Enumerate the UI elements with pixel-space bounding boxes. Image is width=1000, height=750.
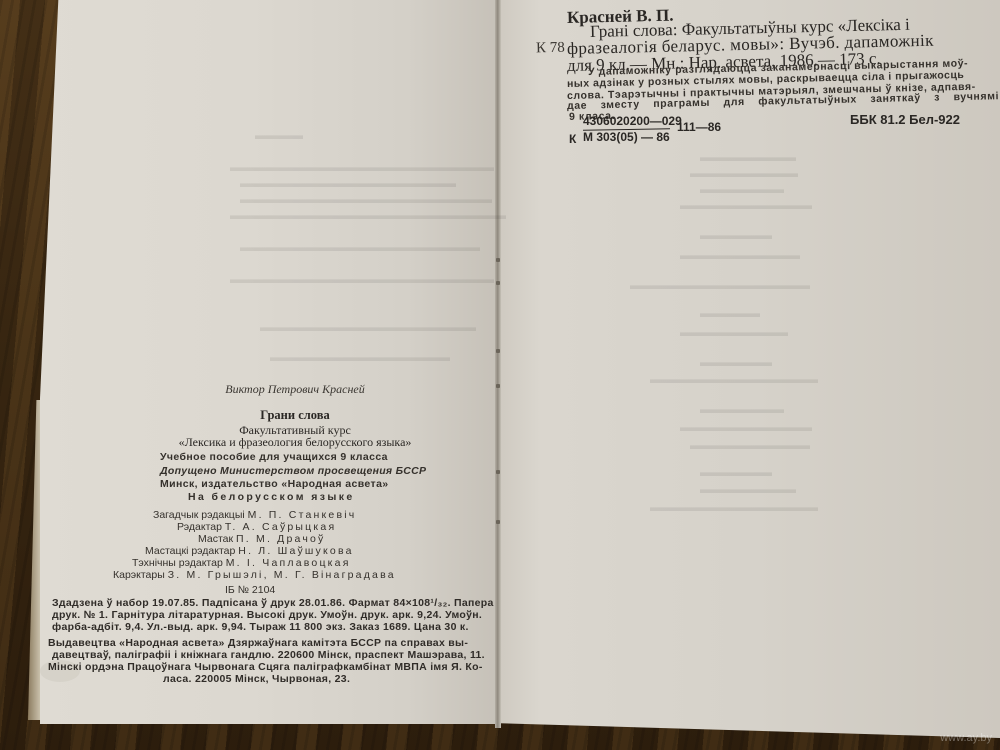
staff-row: Рэдактар Т. А. Саўрыцкая [177, 521, 336, 533]
staff-row: Мастак П. М. Драчоў [198, 533, 326, 545]
colophon-language: На белорусском языке [188, 491, 355, 503]
staff-name: Т. А. Саўрыцкая [225, 521, 336, 533]
binding-stitch [496, 470, 500, 474]
colophon-purpose: Учебное пособие для учащихся 9 класса [160, 451, 388, 463]
binding-stitch [496, 384, 500, 388]
colophon-publisher: Минск, издательство «Народная асвета» [160, 478, 389, 490]
staff-name: М. І. Чаплавоцкая [226, 557, 351, 569]
binding-stitch [496, 349, 500, 353]
bbk-code: ББК 81.2 Бел-922 [850, 112, 960, 127]
staff-row: Мастацкі рэдактар Н. Л. Шаўшукова [145, 545, 354, 557]
publisher-address-line: Мінскі ордэна Працоўнага Чырвонага Сцяга… [48, 661, 483, 673]
staff-role: Карэктары [113, 569, 165, 581]
binding-stitch [496, 281, 500, 285]
staff-role: Рэдактар [177, 521, 222, 533]
staff-name: М. П. Станкевіч [248, 509, 357, 521]
staff-role: Мастак [198, 533, 233, 545]
publisher-address-line: ласа. 220005 Мінск, Чырвоная, 23. [163, 673, 350, 685]
staff-row: Тэхнічны рэдактар М. І. Чаплавоцкая [132, 557, 351, 569]
staff-row: Загадчык рэдакцыі М. П. Станкевіч [153, 509, 356, 521]
classmark: К 78 [536, 40, 565, 58]
publisher-address-line: Выдавецтва «Народная асвета» Дзяржаўнага… [48, 637, 468, 649]
imprint-line: Здадзена ў набор 19.07.85. Падпісана ў д… [52, 597, 494, 609]
book-spine [495, 0, 501, 728]
colophon-approval: Допущено Министерством просвещения БССР [160, 465, 426, 477]
publisher-address-line: давецтваў, паліграфіі і кніжнага гандлю.… [52, 649, 485, 661]
code-prefix: К [569, 132, 576, 146]
binding-stitch [496, 520, 500, 524]
binding-stitch [496, 258, 500, 262]
code-denominator: М 303(05) — 86 [583, 130, 670, 144]
staff-name: Н. Л. Шаўшукова [238, 545, 353, 557]
code-suffix: 111—86 [677, 120, 721, 134]
colophon-subtitle: «Лексика и фразеология белорусского язык… [105, 435, 485, 450]
staff-role: Мастацкі рэдактар [145, 545, 235, 557]
watermark: www.ay.by [940, 732, 992, 744]
staff-row: Карэктары З. М. Грышэлі, М. Г. Вінаграда… [113, 569, 396, 581]
colophon-title: Грани слова [150, 408, 440, 423]
colophon-author: Виктор Петрович Красней [150, 382, 440, 397]
staff-name: З. М. Грышэлі, М. Г. Вінаградава [168, 569, 396, 581]
code-numerator: 4306020200—029 [583, 114, 682, 128]
staff-role: Тэхнічны рэдактар [132, 557, 223, 569]
staff-name: П. М. Драчоў [236, 533, 325, 545]
ib-number: ІБ № 2104 [225, 584, 275, 596]
staff-role: Загадчык рэдакцыі [153, 509, 245, 521]
imprint-line: фарба-адбіт. 9,4. Ул.-выд. арк. 9,94. Ты… [52, 621, 469, 633]
imprint-line: друк. № 1. Гарнітура літаратурная. Высок… [52, 609, 482, 621]
